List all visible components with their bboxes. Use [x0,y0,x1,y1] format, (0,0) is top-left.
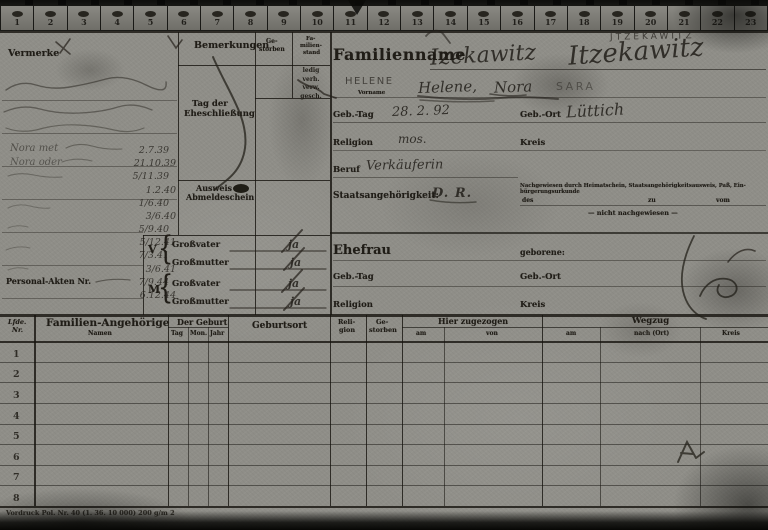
table-subheader-line [402,327,542,328]
ink-stamp-mark [233,184,249,193]
rule-line [333,150,766,151]
ruler-number: 16 [512,18,523,26]
familienstand-option: gesch. [300,93,322,100]
personal-akten-label: Personal-Akten Nr. [6,276,91,286]
ruler-number: 15 [478,18,489,26]
ruler-cells: 1 2 3 4 5 6 7 8 [0,5,768,31]
rule-line [333,122,766,123]
ruler-cell: 16 [501,5,534,31]
eheschliessung-label: Eheschließung [184,109,255,119]
grossvater-label: Großvater [172,240,220,250]
row-number: 7 [13,472,20,483]
familienname-handwritten: Izekawitz [429,40,536,71]
punch-hole-icon [378,11,389,17]
beruf-label: Beruf [333,165,360,175]
form-imprint: Vordruck Pol. Nr. 40 (1. 36. 10 000) 200… [6,509,175,517]
ruler-number: 12 [378,18,389,26]
ruler-number: 6 [181,18,187,26]
punch-hole-icon [445,11,456,17]
ruler: 1 2 3 4 5 6 7 8 [0,0,768,31]
gestorben-column-label: Ge- [266,38,277,45]
religion-label: Religion [333,138,373,148]
punch-hole-icon [478,11,489,17]
grossmutter-label: Großmutter [172,258,229,268]
vom-label: vom [716,197,730,204]
grid-line [178,32,179,235]
grossmutter-label: Großmutter [172,297,229,307]
ehefrau-geb-tag-label: Geb.-Tag [333,272,374,282]
table-body-rows: 1 2 3 4 5 6 7 8 [0,342,768,506]
vermerke-date: 21.10.39 [134,159,176,168]
religion-header: Reli- [338,318,355,326]
table-row: 7 [0,466,768,487]
grossvater-label: Großvater [172,279,220,289]
tag-header: Tag [171,330,183,337]
ruler-number: 13 [412,18,423,26]
table-row: 3 [0,383,768,404]
ruler-cell: 10 [301,5,334,31]
rule-line [333,260,766,261]
geb-ort-label: Geb.-Ort [520,110,561,120]
religion-header: gion [339,326,355,334]
ruler-cell: 3 [68,5,101,31]
familienstand-option: ledig [303,67,320,74]
ruler-cell: 6 [168,5,201,31]
ruler-number: 10 [312,18,323,26]
punch-hole-icon [645,11,656,17]
ruler-cell: 8 [234,5,267,31]
ruler-number: 11 [345,18,356,26]
ruler-cell: 12 [368,5,401,31]
familienstand-column-label: stand [303,50,320,56]
rule-line [2,133,177,134]
grid-line [330,32,332,315]
vermerke-date: 1.2.40 [146,186,176,195]
vorname-handwritten-2: Nora [494,77,533,96]
row-number: 3 [13,390,20,401]
staatsangehoerigkeit-value: D. R. [432,186,472,201]
ruler-number: 8 [248,18,254,26]
ruler-cell: 17 [535,5,568,31]
row-number: 5 [13,431,20,442]
bemerkungen-label: Bemerkungen [194,40,269,51]
grid-line [255,32,256,315]
ruler-number: 9 [281,18,287,26]
punch-hole-icon [12,11,23,17]
eheschliessung-label: Tag der [192,99,228,109]
nach-ort-header: nach (Ort) [634,330,669,337]
rule-line [430,69,766,70]
ruler-cell: 21 [668,5,701,31]
punch-hole-icon [178,11,189,17]
grid-line [178,180,330,181]
lfde-nr-header: Nr. [12,326,23,334]
vermerke-entry: Nora oder [10,157,62,168]
ruler-number: 21 [678,18,689,26]
religion-value: mos. [398,132,427,146]
kreis-label: Kreis [520,138,545,148]
ehefrau-kreis-label: Kreis [520,300,545,310]
ruler-cell: 7 [201,5,234,31]
ruler-number: 23 [745,18,756,26]
vermerke-date: 3/6.40 [146,212,176,221]
familienstand-column-label: milien- [300,43,322,49]
punch-hole-icon [212,11,223,17]
brace-glyph: { [158,229,173,267]
row-number: 1 [13,349,20,360]
ruler-cell: 14 [434,5,467,31]
punch-hole-icon [245,11,256,17]
gestorben-header: Ge- [376,318,388,326]
lfde-nr-header: Lfde. [8,318,26,326]
familienstand-options: ledigverh.verw.gesch. [294,67,328,100]
ruler-cell: 13 [401,5,434,31]
ja-mark: ja [290,256,301,269]
table-row: 6 [0,445,768,466]
mon-header: Mon. [190,330,207,337]
nachweis-text: bürgerungsurkunde [520,189,580,195]
ruler-cell: 9 [268,5,301,31]
familienname-block-letters: JTZEKAWITZ [610,31,695,42]
row-number: 6 [13,452,20,463]
der-geburt-header: Der Geburt [177,317,227,327]
staatsangehoerigkeit-label: Staatsangehörigkeit: [333,191,439,201]
ruler-cell: 23 [735,5,768,31]
gestorben-header: storben [369,326,397,334]
geb-tag-label: Geb.-Tag [333,110,374,120]
ausweis-label: Abmeldeschein [186,192,254,202]
beruf-value: Verkäuferin [366,157,444,173]
ruler-number: 3 [81,18,87,26]
ruler-cell: 18 [568,5,601,31]
vorname-label: Vorname [358,90,385,96]
ruler-number: 14 [445,18,456,26]
rule-line [333,177,518,178]
geb-ort-value: Lüttich [566,99,625,121]
wegzug-header: Wegzug [632,316,669,326]
table-row: 2 [0,363,768,384]
punch-hole-icon [512,11,523,17]
jahr-header: Jahr [210,330,224,337]
punch-hole-icon [612,11,623,17]
vater-side-label: V [148,243,157,256]
ruler-number: 19 [612,18,623,26]
ruler-cell: 20 [635,5,668,31]
registration-card-scan: 1 2 3 4 5 6 7 8 [0,0,768,530]
zu-label: zu [648,197,656,204]
familienstand-column-label: Fa- [306,36,315,42]
punch-hole-icon [278,11,289,17]
punch-hole-icon [45,11,56,17]
punch-hole-icon [679,11,690,17]
rule-line [333,286,766,287]
kreis-header: Kreis [722,330,740,337]
ruler-cell: 22 [701,5,734,31]
geb-tag-value: 28. 2. 92 [392,103,450,120]
ruler-number: 7 [214,18,220,26]
brace-glyph: { [158,268,173,306]
table-row: 1 [0,342,768,363]
ruler-number: 1 [14,18,20,26]
row-number: 4 [13,411,20,422]
vermerke-date: 5/11.39 [133,172,169,181]
ruler-cell: 19 [601,5,634,31]
table-subheader-line [542,327,768,328]
table-row: 5 [0,425,768,446]
ruler-number: 4 [114,18,120,26]
ruler-cell: 15 [468,5,501,31]
rule-line [333,97,766,98]
vorname-block-letters: HELENE [345,76,394,87]
punch-hole-icon [112,11,123,17]
ja-mark: ja [288,277,299,290]
ruler-number: 17 [545,18,556,26]
am-header: am [566,330,576,337]
ruler-cell: 4 [101,5,134,31]
table-subheader-line [168,327,228,328]
table-row: 4 [0,404,768,425]
vermerke-label: Vermerke [8,48,59,59]
ruler-number: 22 [712,18,723,26]
ruler-number: 18 [578,18,589,26]
ruler-number: 2 [48,18,54,26]
punch-hole-icon [712,11,723,17]
geborene-label: geborene: [520,247,565,257]
des-label: des [522,197,533,204]
punch-hole-icon [412,11,423,17]
grid-line [178,65,330,66]
table-row: 8 [0,486,768,506]
punch-hole-icon [579,11,590,17]
ehefrau-geb-ort-label: Geb.-Ort [520,272,561,282]
hier-zugezogen-header: Hier zugezogen [438,316,508,326]
nicht-nachgewiesen-label: — nicht nachgewiesen — [588,209,678,217]
table-bottom-border [0,506,768,508]
familienstand-option: verw. [302,84,319,91]
von-header: von [486,330,498,337]
row-number: 8 [13,493,20,504]
geburtsort-header: Geburtsort [252,321,307,331]
ruler-cell: 1 [0,5,34,31]
ruler-number: 5 [148,18,154,26]
namen-header: Namen [88,330,112,337]
gestorben-column-label: storben [259,46,285,53]
vorname-handwritten: Helene, [418,77,478,97]
punch-hole-icon [145,11,156,17]
am-header: am [416,330,426,337]
ehefrau-religion-label: Religion [333,300,373,310]
familienstand-option: verh. [303,76,320,83]
ruler-number: 20 [645,18,656,26]
punch-hole-icon [745,11,756,17]
ja-mark: ja [288,238,299,251]
punch-hole-icon [78,11,89,17]
punch-hole-icon [312,11,323,17]
rule-line [520,205,766,206]
familien-angehoerige-header: Familien-Angehörige [46,317,169,329]
ja-mark: ja [290,295,301,308]
vermerke-entry: Nora met [10,143,58,154]
vermerke-date: 2.7.39 [139,146,169,155]
row-number: 2 [13,369,20,380]
ruler-cell: 2 [34,5,67,31]
rule-line [2,100,177,101]
ruler-cell: 5 [134,5,167,31]
dark-wedge-mark [348,0,366,15]
sara-block-letters: SARA [556,80,595,93]
ehefrau-label: Ehefrau [333,243,391,258]
punch-hole-icon [545,11,556,17]
section-divider [330,232,768,234]
vermerke-date: 1/6.40 [139,199,169,208]
